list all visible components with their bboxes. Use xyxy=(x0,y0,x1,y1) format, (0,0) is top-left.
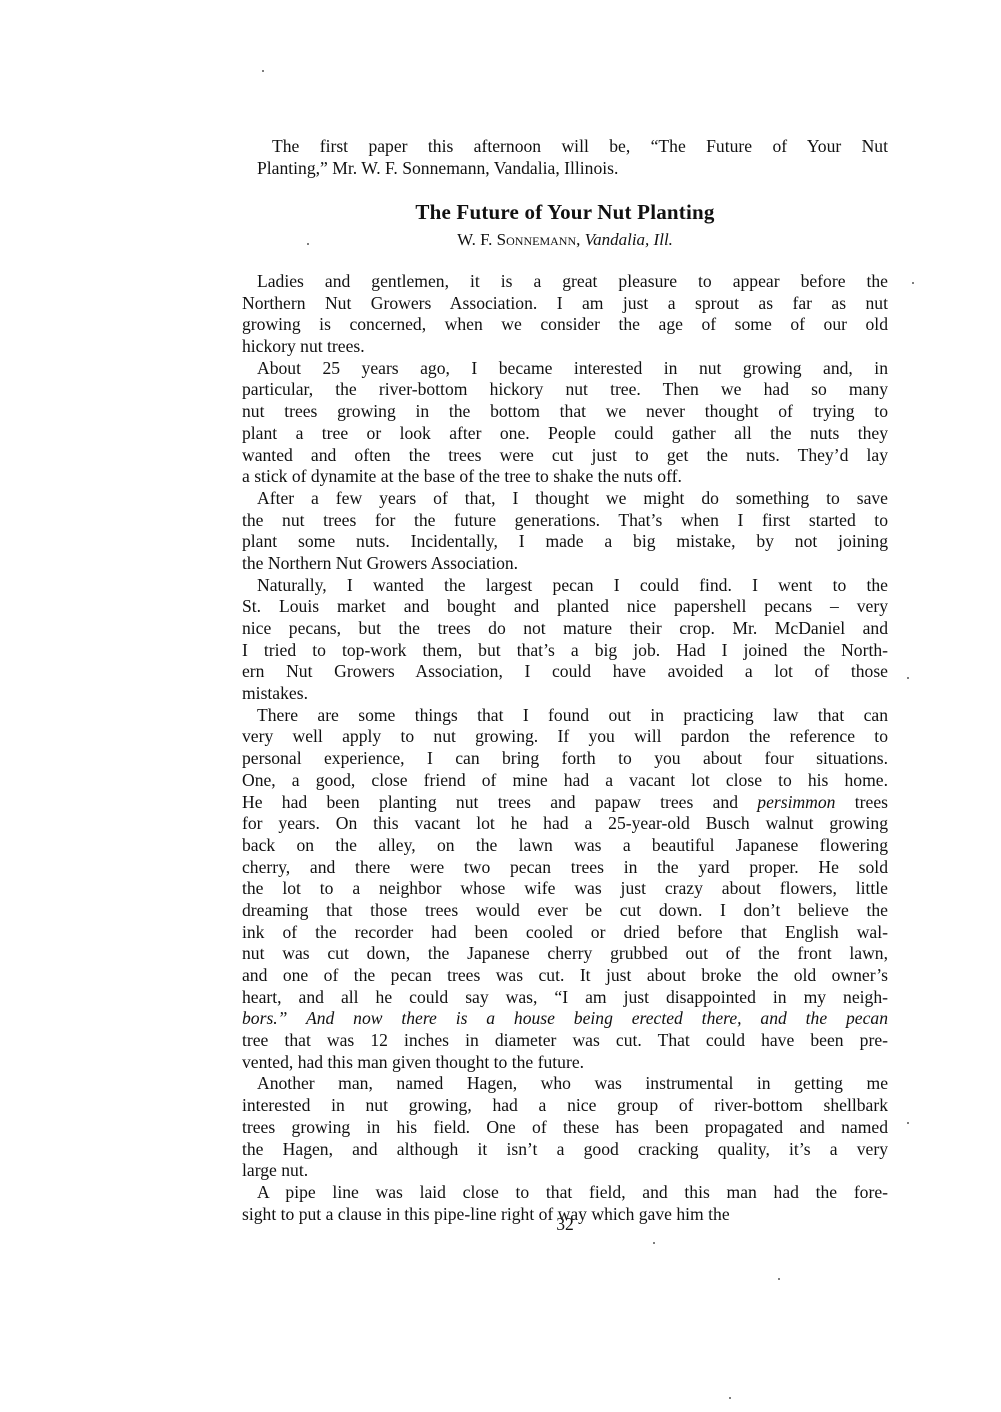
intro-line: Planting,” Mr. W. F. Sonnemann, Vandalia… xyxy=(242,158,888,180)
text-line: personal experience, I can bring forth t… xyxy=(242,748,888,770)
italic-text: bors.” xyxy=(242,1008,306,1028)
text-line: plant some nuts. Incidentally, I made a … xyxy=(242,531,888,553)
text-line: a stick of dynamite at the base of the t… xyxy=(242,466,888,488)
intro-paragraph: The first paper this afternoon will be, … xyxy=(242,136,888,179)
text-line: Northern Nut Growers Association. I am j… xyxy=(242,293,888,315)
text-line: ink of the recorder had been cooled or d… xyxy=(242,922,888,944)
text-line: interested in nut growing, had a nice gr… xyxy=(242,1095,888,1117)
text-line: bors.” And now there is a house being er… xyxy=(242,1008,888,1030)
article-byline: W. F. Sonnemann, Vandalia, Ill. xyxy=(242,229,888,251)
author-location: Vandalia, Ill. xyxy=(585,230,673,249)
text-line: wanted and often the trees were cut just… xyxy=(242,445,888,467)
text-line: for years. On this vacant lot he had a 2… xyxy=(242,813,888,835)
text-line: nice pecans, but the trees do not mature… xyxy=(242,618,888,640)
italic-text: persimmon xyxy=(757,792,835,812)
text-line: dreaming that those trees would ever be … xyxy=(242,900,888,922)
body-paragraph: After a few years of that, I thought we … xyxy=(242,488,888,575)
body-paragraph: There are some things that I found out i… xyxy=(242,705,888,1074)
text-line: back on the alley, on the lawn was a bea… xyxy=(242,835,888,857)
scan-speck xyxy=(778,1278,780,1280)
text-line: He had been planting nut trees and papaw… xyxy=(242,792,888,814)
text-line: trees growing in his field. One of these… xyxy=(242,1117,888,1139)
text-line: nut was cut down, the Japanese cherry gr… xyxy=(242,943,888,965)
text-line: growing is concerned, when we consider t… xyxy=(242,314,888,336)
intro-line: The first paper this afternoon will be, … xyxy=(242,136,888,158)
scan-speck xyxy=(307,243,309,245)
scan-speck xyxy=(907,1122,909,1124)
text-line: the Hagen, and although it isn’t a good … xyxy=(242,1139,888,1161)
text-line: the Northern Nut Growers Association. xyxy=(242,553,888,575)
body-paragraph: Another man, named Hagen, who was instru… xyxy=(242,1073,888,1181)
text-line: very well apply to nut growing. If you w… xyxy=(242,726,888,748)
body-paragraph: Ladies and gentlemen, it is a great plea… xyxy=(242,271,888,358)
page-number: 32 xyxy=(242,1213,888,1235)
text-line: nut trees growing in the bottom that we … xyxy=(242,401,888,423)
text-line: mistakes. xyxy=(242,683,888,705)
scan-speck xyxy=(653,1242,655,1244)
text-line: large nut. xyxy=(242,1160,888,1182)
article-body: Ladies and gentlemen, it is a great plea… xyxy=(242,271,888,1225)
italic-text: And now there is a house being erected t… xyxy=(306,1008,888,1028)
author-name: W. F. Sonnemann, xyxy=(457,230,580,249)
text-line: heart, and all he could say was, “I am j… xyxy=(242,987,888,1009)
text-line: particular, the river-bottom hickory nut… xyxy=(242,379,888,401)
text-line: and one of the pecan trees was cut. It j… xyxy=(242,965,888,987)
text-line: Another man, named Hagen, who was instru… xyxy=(242,1073,888,1095)
text-line: I tried to top-work them, but that’s a b… xyxy=(242,640,888,662)
scan-speck xyxy=(912,282,914,284)
text-line: A pipe line was laid close to that field… xyxy=(242,1182,888,1204)
article-title: The Future of Your Nut Planting xyxy=(242,199,888,225)
text-line: There are some things that I found out i… xyxy=(242,705,888,727)
text-line: One, a good, close friend of mine had a … xyxy=(242,770,888,792)
scan-speck xyxy=(907,677,909,679)
text-line: the nut trees for the future generations… xyxy=(242,510,888,532)
text-line: tree that was 12 inches in diameter was … xyxy=(242,1030,888,1052)
text-line: hickory nut trees. xyxy=(242,336,888,358)
scan-speck xyxy=(729,1397,731,1399)
text-line: plant a tree or look after one. People c… xyxy=(242,423,888,445)
body-paragraph: About 25 years ago, I became interested … xyxy=(242,358,888,488)
text-line: St. Louis market and bought and planted … xyxy=(242,596,888,618)
text-line: vented, had this man given thought to th… xyxy=(242,1052,888,1074)
text-line: cherry, and there were two pecan trees i… xyxy=(242,857,888,879)
scan-speck xyxy=(262,70,264,72)
text-line: the lot to a neighbor whose wife was jus… xyxy=(242,878,888,900)
text-line: Naturally, I wanted the largest pecan I … xyxy=(242,575,888,597)
text-line: Ladies and gentlemen, it is a great plea… xyxy=(242,271,888,293)
text-line: After a few years of that, I thought we … xyxy=(242,488,888,510)
body-paragraph: Naturally, I wanted the largest pecan I … xyxy=(242,575,888,705)
text-line: About 25 years ago, I became interested … xyxy=(242,358,888,380)
text-line: ern Nut Growers Association, I could hav… xyxy=(242,661,888,683)
